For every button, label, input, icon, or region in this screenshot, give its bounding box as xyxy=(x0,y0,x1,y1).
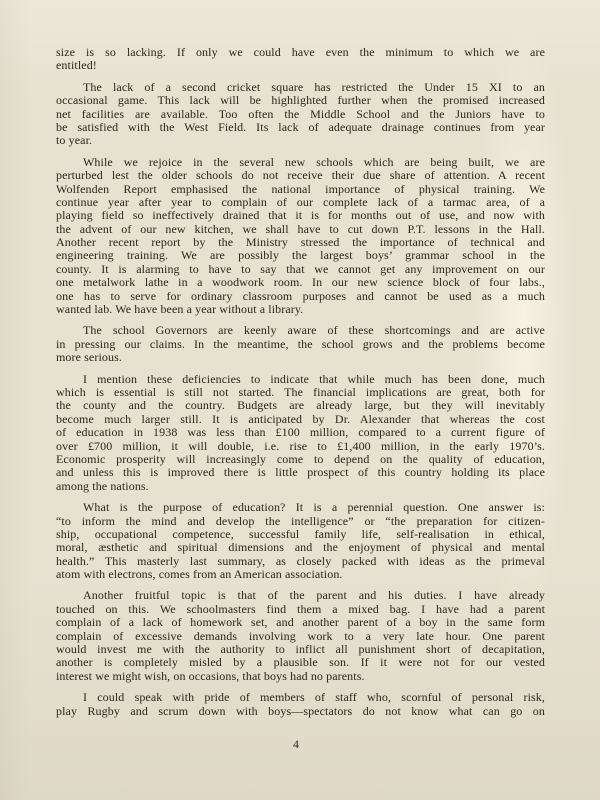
text-line: The lack of a second cricket square has … xyxy=(56,81,545,94)
text-line: The school Governors are keenly aware of… xyxy=(56,324,545,337)
paragraph: I mention these deficiencies to indicate… xyxy=(56,373,545,494)
text-line: become much larger still. It is anticipa… xyxy=(56,413,545,426)
text-line: among the nations. xyxy=(56,480,545,493)
text-line: moral, æsthetic and spiritual dimensions… xyxy=(56,541,545,554)
text-line: atom with electrons, comes from an Ameri… xyxy=(56,568,545,581)
text-line: be satisfied with the West Field. Its la… xyxy=(56,121,545,134)
paragraph: I could speak with pride of members of s… xyxy=(56,691,545,718)
text-line: net facilities are available. Too often … xyxy=(56,108,545,121)
page-text: size is so lacking. If only we could hav… xyxy=(56,46,545,718)
text-line: I could speak with pride of members of s… xyxy=(56,691,545,704)
text-line: in pressing our claims. In the meantime,… xyxy=(56,338,545,351)
text-line: While we rejoice in the several new scho… xyxy=(56,156,545,169)
text-line: “to inform the mind and develop the inte… xyxy=(56,515,545,528)
text-line: complain of a lack of homework set, and … xyxy=(56,616,545,629)
text-line: wanted lab. We have been a year without … xyxy=(56,303,545,316)
text-line: county. It is alarming to have to say th… xyxy=(56,263,545,276)
paragraph: The lack of a second cricket square has … xyxy=(56,81,545,148)
text-line: entitled! xyxy=(56,59,545,72)
text-line: playing field so ineffectively drained t… xyxy=(56,209,545,222)
text-line: continue year after year to complain of … xyxy=(56,196,545,209)
scanned-page: size is so lacking. If only we could hav… xyxy=(0,0,600,800)
text-line: Economic prosperity will increasingly co… xyxy=(56,453,545,466)
text-line: which is essential is still not started.… xyxy=(56,386,545,399)
paragraph: size is so lacking. If only we could hav… xyxy=(56,46,545,73)
text-line: another is completely misled by a plausi… xyxy=(56,656,545,669)
text-line: play Rugby and scrum down with boys—spec… xyxy=(56,705,545,718)
page-number: 4 xyxy=(0,737,592,752)
paragraph: Another fruitful topic is that of the pa… xyxy=(56,589,545,683)
text-line: What is the purpose of education? It is … xyxy=(56,501,545,514)
text-line: occasional game. This lack will be highl… xyxy=(56,94,545,107)
text-line: perturbed lest the older schools do not … xyxy=(56,169,545,182)
text-line: over £700 million, it will double, i.e. … xyxy=(56,440,545,453)
text-line: of education in 1938 was less than £100 … xyxy=(56,426,545,439)
paragraph: While we rejoice in the several new scho… xyxy=(56,156,545,317)
text-line: I mention these deficiencies to indicate… xyxy=(56,373,545,386)
text-line: would invest me with the authority to in… xyxy=(56,643,545,656)
text-line: touched on this. We schoolmasters find t… xyxy=(56,603,545,616)
text-line: Another fruitful topic is that of the pa… xyxy=(56,589,545,602)
text-line: ship, occupational competence, successfu… xyxy=(56,528,545,541)
text-line: and unless this is improved there is lit… xyxy=(56,466,545,479)
text-line: Another recent report by the Ministry st… xyxy=(56,236,545,249)
paragraph: The school Governors are keenly aware of… xyxy=(56,324,545,364)
text-line: Wolfenden Report emphasised the national… xyxy=(56,183,545,196)
text-line: the county and the country. Budgets are … xyxy=(56,399,545,412)
text-line: engineering training. We are possibly th… xyxy=(56,249,545,262)
text-line: to year. xyxy=(56,134,545,147)
paragraph: What is the purpose of education? It is … xyxy=(56,501,545,581)
text-line: size is so lacking. If only we could hav… xyxy=(56,46,545,59)
text-line: the advent of our new kitchen, we shall … xyxy=(56,223,545,236)
text-line: more serious. xyxy=(56,351,545,364)
text-line: health.” This masterly last summary, as … xyxy=(56,555,545,568)
text-line: interest we might wish, on occasions, th… xyxy=(56,670,545,683)
text-line: complain of excessive demands involving … xyxy=(56,630,545,643)
text-line: one has to serve for ordinary classroom … xyxy=(56,290,545,303)
text-line: one metalwork lathe in a woodwork room. … xyxy=(56,276,545,289)
